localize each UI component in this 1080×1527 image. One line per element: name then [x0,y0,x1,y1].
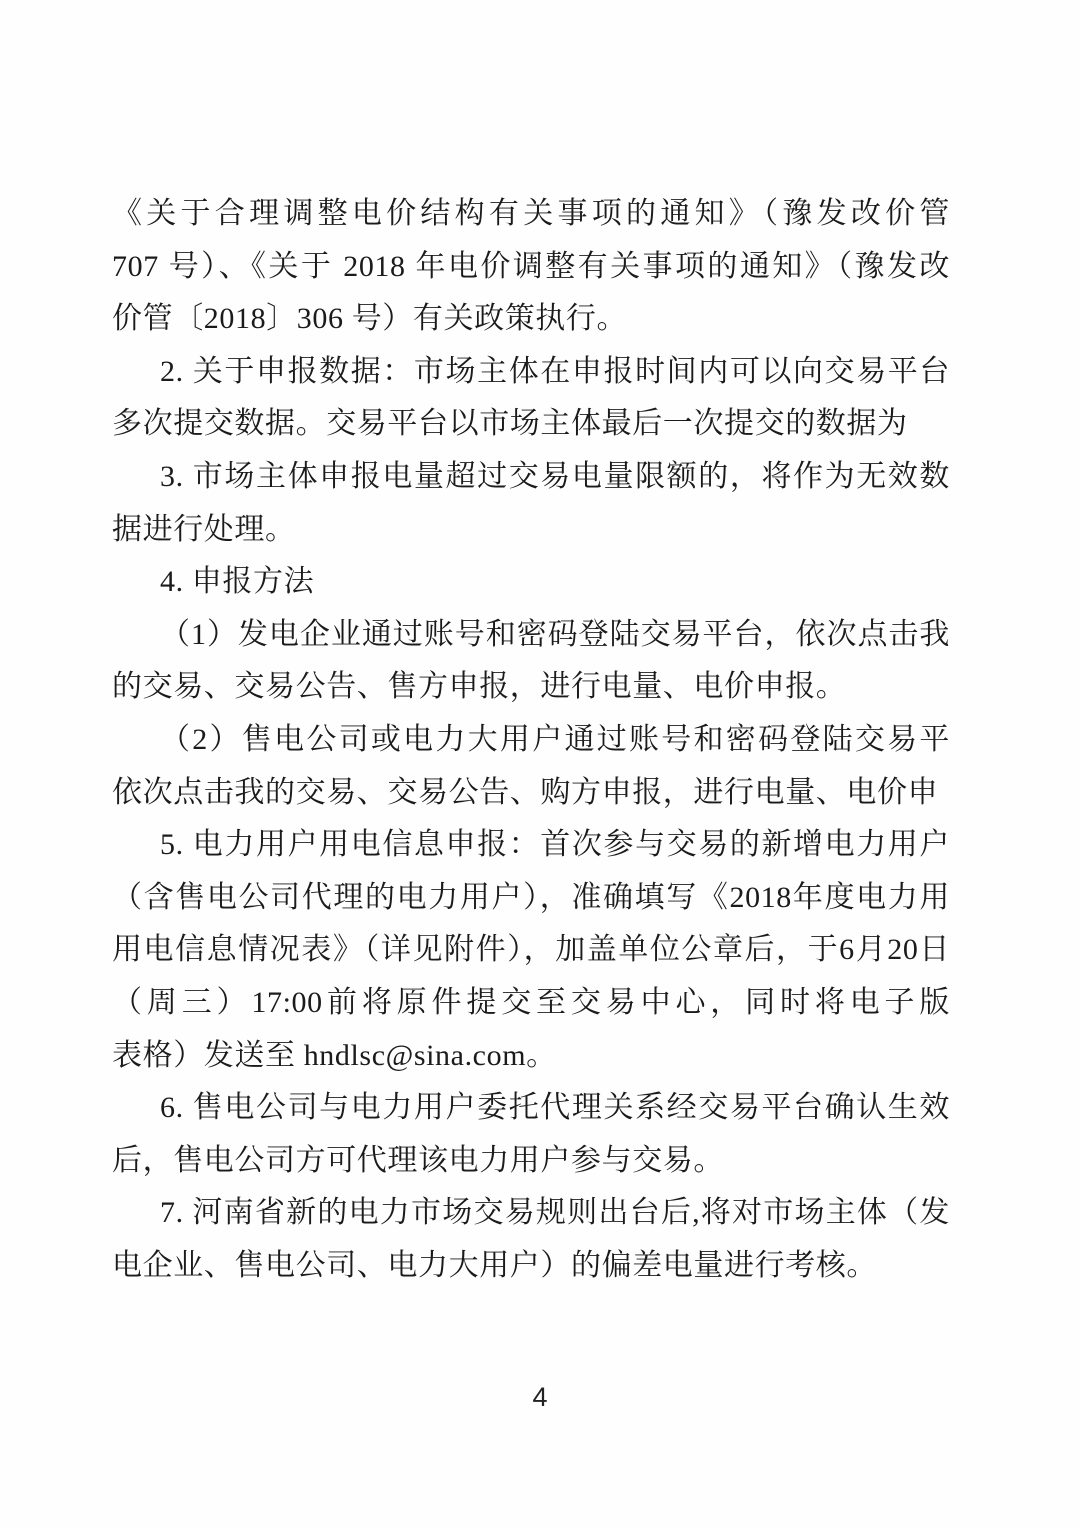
text-line: （含售电公司代理的电力用户），准确填写《2018年度电力用户 [112,872,950,925]
paragraph: （1）发电企业通过账号和密码登陆交易平台，依次点击我 的交易、交易公告、售方申报… [112,609,950,714]
text-line: 用电信息情况表》（详见附件），加盖单位公章后，于6月20日 [112,924,950,977]
text-line: 6. 售电公司与电力用户委托代理关系经交易平台确认生效 [112,1082,950,1135]
paragraph: 2. 关于申报数据：市场主体在申报时间内可以向交易平台 多次提交数据。交易平台以… [112,346,950,451]
page-number: 4 [0,1382,1080,1413]
document-body: 《关于合理调整电价结构有关事项的通知》（豫发改价管〔2017〕 707 号）、《… [112,188,950,1292]
text-line: 表格）发送至 hndlsc@sina.com。 [112,1030,950,1083]
paragraph: （2）售电公司或电力大用户通过账号和密码登陆交易平台， 依次点击我的交易、交易公… [112,714,950,819]
text-line: 5. 电力用户用电信息申报：首次参与交易的新增电力用户 [112,819,950,872]
paragraph: 7. 河南省新的电力市场交易规则出台后,将对市场主体（发 电企业、售电公司、电力… [112,1187,950,1292]
paragraph: 3. 市场主体申报电量超过交易电量限额的，将作为无效数 据进行处理。 [112,451,950,556]
text-line: 后，售电公司方可代理该电力用户参与交易。 [112,1135,950,1188]
paragraph: 6. 售电公司与电力用户委托代理关系经交易平台确认生效 后，售电公司方可代理该电… [112,1082,950,1187]
text-line: 价管〔2018〕306 号）有关政策执行。 [112,293,950,346]
document-page: 《关于合理调整电价结构有关事项的通知》（豫发改价管〔2017〕 707 号）、《… [0,0,1080,1527]
text-line: 电企业、售电公司、电力大用户）的偏差电量进行考核。 [112,1240,950,1293]
text-line: （1）发电企业通过账号和密码登陆交易平台，依次点击我 [112,609,950,662]
text-line: 的交易、交易公告、售方申报，进行电量、电价申报。 [112,661,950,714]
text-line: （2）售电公司或电力大用户通过账号和密码登陆交易平台， [112,714,950,767]
text-line: 依次点击我的交易、交易公告、购方申报，进行电量、电价申报。 [112,767,950,820]
paragraph: 《关于合理调整电价结构有关事项的通知》（豫发改价管〔2017〕 707 号）、《… [112,188,950,346]
text-line: 4. 申报方法 [112,556,950,609]
paragraph: 5. 电力用户用电信息申报：首次参与交易的新增电力用户 （含售电公司代理的电力用… [112,819,950,1082]
paragraph: 4. 申报方法 [112,556,950,609]
text-line: 多次提交数据。交易平台以市场主体最后一次提交的数据为准。 [112,398,950,451]
text-line: （周三）17:00前将原件提交至交易中心，同时将电子版（excel [112,977,950,1030]
text-line: 2. 关于申报数据：市场主体在申报时间内可以向交易平台 [112,346,950,399]
text-line: 7. 河南省新的电力市场交易规则出台后,将对市场主体（发 [112,1187,950,1240]
text-line: 《关于合理调整电价结构有关事项的通知》（豫发改价管〔2017〕 [112,188,950,241]
text-line: 3. 市场主体申报电量超过交易电量限额的，将作为无效数 [112,451,950,504]
text-line: 707 号）、《关于 2018 年电价调整有关事项的通知》（豫发改 [112,241,950,294]
text-line: 据进行处理。 [112,504,950,557]
